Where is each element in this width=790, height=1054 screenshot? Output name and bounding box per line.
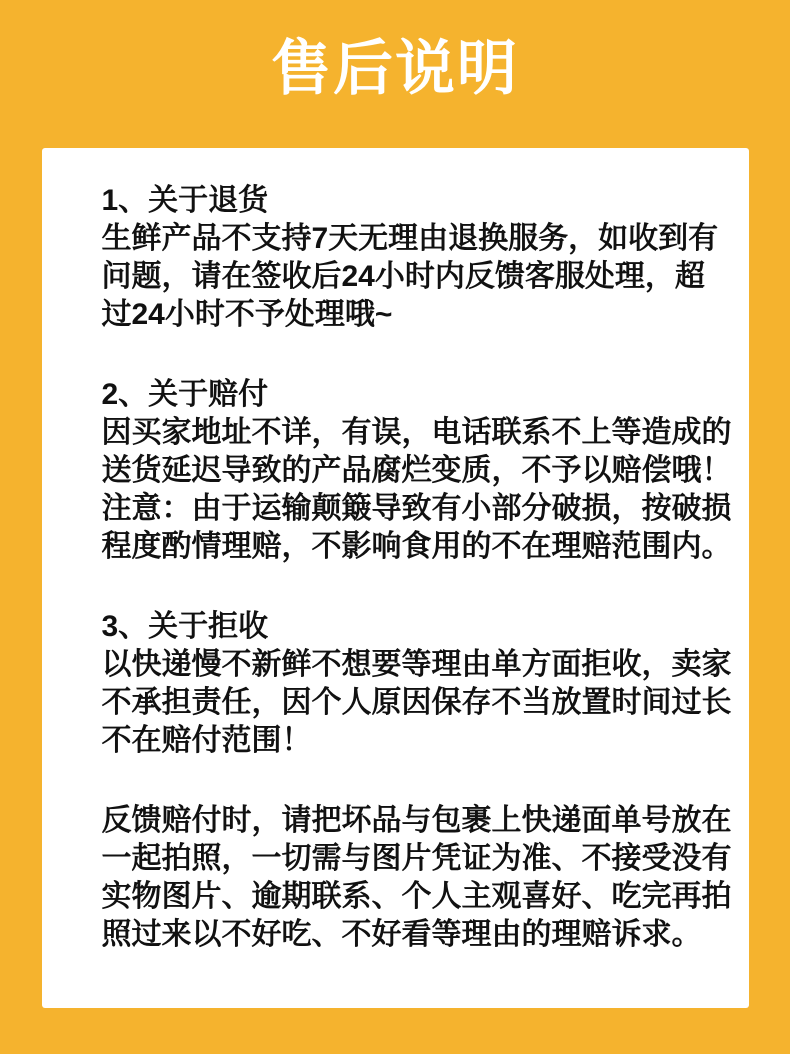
- page-title: 售后说明: [271, 39, 519, 109]
- section-compensation-paragraph: 因买家地址不详，有误，电话联系不上等造成的送货延迟导致的产品腐烂变质，不予以赔偿…: [102, 414, 733, 490]
- section-evidence-note: 反馈赔付时，请把坏品与包裹上快递面单号放在一起拍照，一切需与图片凭证为准、不接受…: [102, 802, 733, 954]
- section-compensation-note: 注意：由于运输颠簸导致有小部分破损，按破损程度酌情理赔，不影响食用的不在理赔范围…: [102, 490, 733, 566]
- section-rejection-heading: 3、关于拒收: [102, 608, 733, 646]
- section-returns: 1、关于退货 生鲜产品不支持7天无理由退换服务，如收到有问题，请在签收后24小时…: [102, 182, 733, 334]
- section-returns-heading: 1、关于退货: [102, 182, 733, 220]
- section-compensation-heading: 2、关于赔付: [102, 376, 733, 414]
- section-returns-paragraph: 生鲜产品不支持7天无理由退换服务，如收到有问题，请在签收后24小时内反馈客服处理…: [102, 220, 733, 334]
- section-rejection-paragraph: 以快递慢不新鲜不想要等理由单方面拒收，卖家不承担责任，因个人原因保存不当放置时间…: [102, 646, 733, 760]
- section-compensation: 2、关于赔付 因买家地址不详，有误，电话联系不上等造成的送货延迟导致的产品腐烂变…: [102, 376, 733, 566]
- page-header: 售后说明: [0, 0, 790, 148]
- notice-card: 1、关于退货 生鲜产品不支持7天无理由退换服务，如收到有问题，请在签收后24小时…: [42, 148, 749, 1008]
- section-evidence-paragraph: 反馈赔付时，请把坏品与包裹上快递面单号放在一起拍照，一切需与图片凭证为准、不接受…: [102, 802, 733, 954]
- section-rejection: 3、关于拒收 以快递慢不新鲜不想要等理由单方面拒收，卖家不承担责任，因个人原因保…: [102, 608, 733, 760]
- after-sales-notice-page: 售后说明 1、关于退货 生鲜产品不支持7天无理由退换服务，如收到有问题，请在签收…: [0, 0, 790, 1054]
